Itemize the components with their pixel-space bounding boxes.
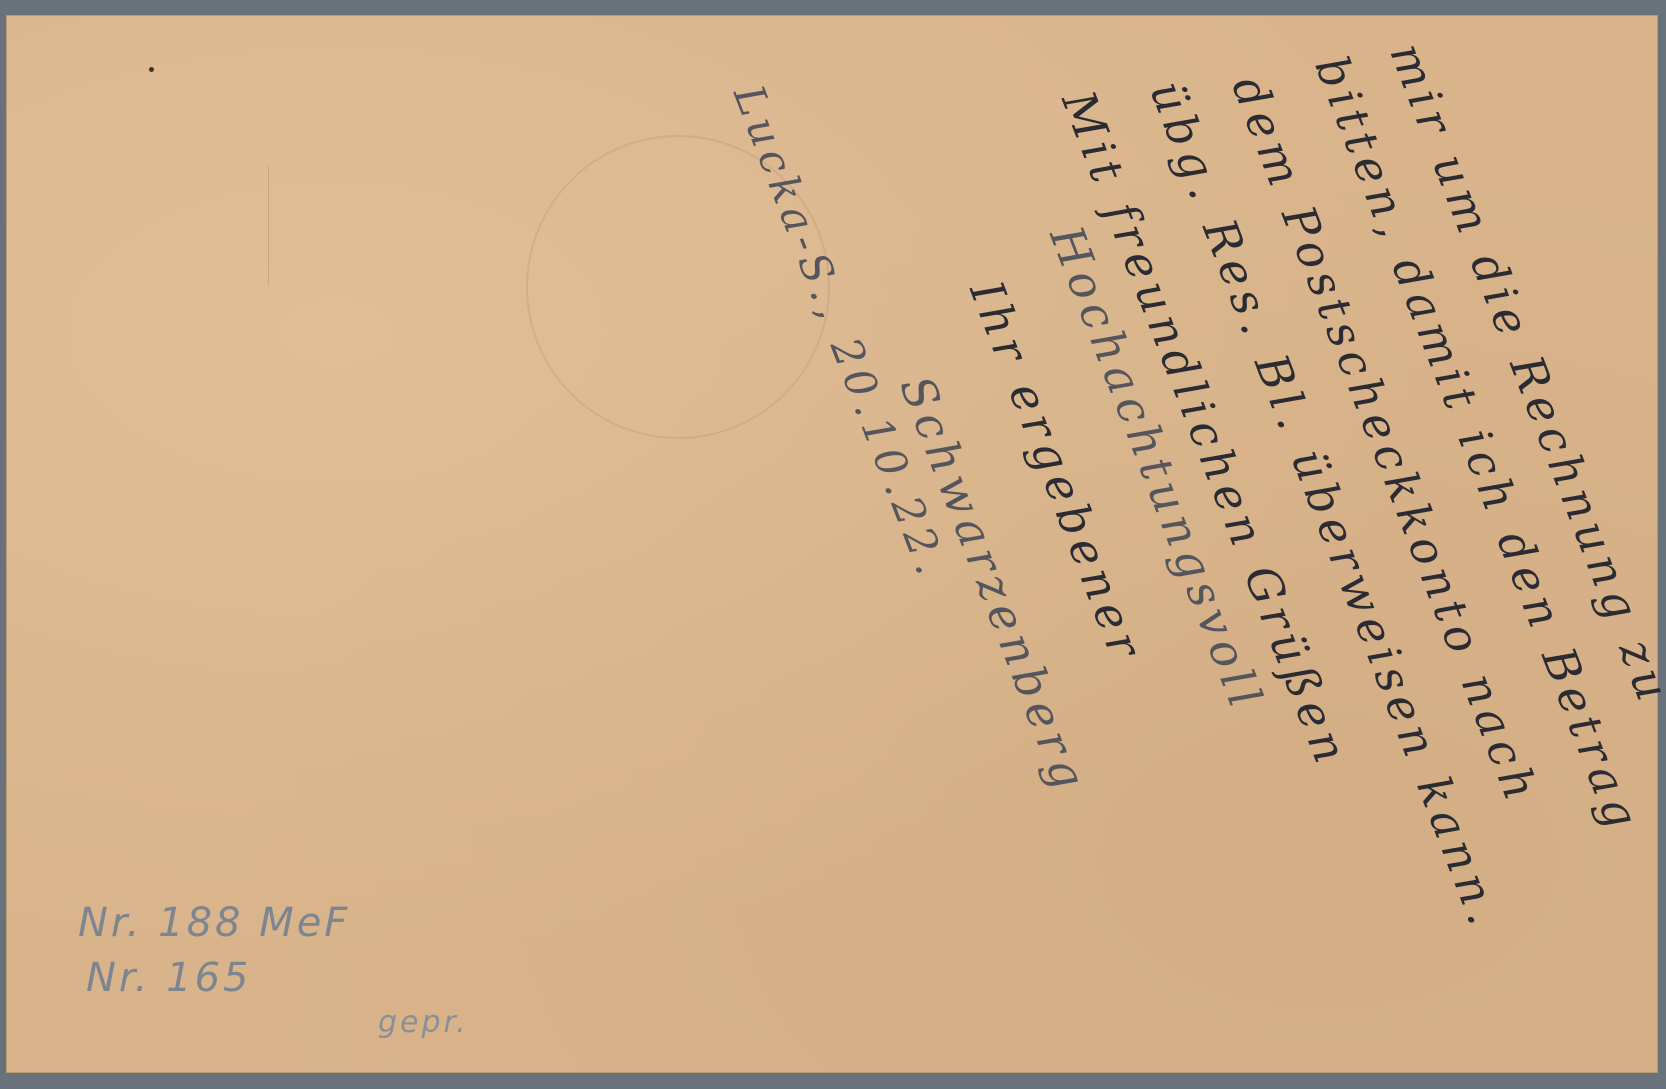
paper-speck [149,67,154,72]
pencil-examined-mark: gepr. [378,1005,469,1040]
postcard: mir um die Rechnung zu bitten, damit ich… [6,15,1658,1073]
pencil-catalog-note-1: Nr. 188 MeF [78,900,350,946]
pencil-catalog-note-2: Nr. 165 [86,955,251,1001]
paper-crease [268,165,269,285]
